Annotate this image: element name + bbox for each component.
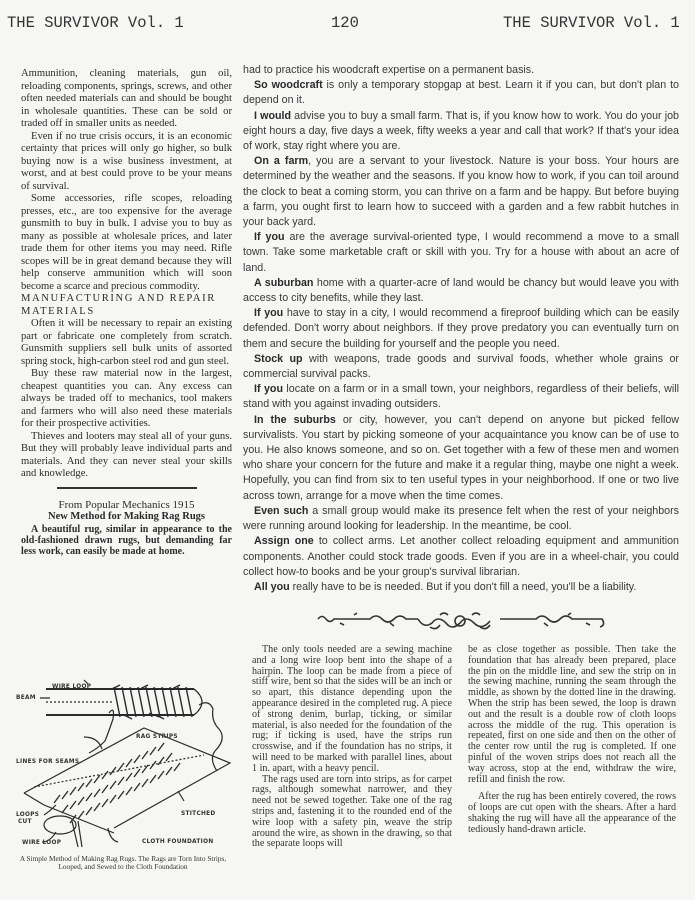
paragraph: In the suburbs or city, however, you can…	[243, 413, 679, 504]
paragraph-text: locate on a farm or in a small town, you…	[243, 383, 679, 410]
paragraph: I would advise you to buy a small farm. …	[243, 109, 679, 155]
running-header: THE SURVIVOR Vol. 1 120 THE SURVIVOR Vol…	[0, 14, 695, 34]
paragraph-text: , you are a servant to your livestock. N…	[243, 155, 679, 228]
lead-in: So woodcraft	[254, 79, 323, 91]
paragraph: So woodcraft is only a temporary stopgap…	[243, 78, 679, 108]
paragraph: After the rug has been entirely covered,…	[468, 792, 676, 835]
paragraph: be as close together as possible. Then t…	[468, 645, 676, 785]
lead-in: Assign one	[254, 535, 314, 547]
lead-in: If you	[254, 307, 283, 319]
label-wire-loop-top: WIRE LOOP	[52, 684, 91, 690]
section-heading: MANUFACTURING AND REPAIR MATERIALS	[21, 293, 232, 318]
paragraph-text: really have to be is needed. But if you …	[290, 581, 637, 593]
paragraph: All you really have to be is needed. But…	[243, 580, 679, 595]
paragraph: If you locate on a farm or in a small to…	[243, 382, 679, 412]
reprint-title: New Method for Making Rag Rugs	[21, 511, 232, 524]
reprint-intro: A beautiful rug, similar in appearance t…	[21, 524, 232, 557]
paragraph: Assign one to collect arms. Let another …	[243, 534, 679, 580]
lead-in: All you	[254, 581, 290, 593]
lead-in: In the suburbs	[254, 414, 336, 426]
lead-in: On a farm	[254, 155, 308, 167]
figure-caption: A Simple Method of Making Rag Rugs. The …	[14, 855, 232, 871]
page-number: 120	[331, 14, 359, 32]
paragraph: Even such a small group would make its p…	[243, 504, 679, 534]
reprint-column-b: be as close together as possible. Then t…	[468, 645, 676, 836]
paragraph-text: a small group would make its presence fe…	[243, 505, 679, 532]
paragraph: had to practice his woodcraft expertise …	[243, 63, 679, 78]
lead-in: I would	[254, 110, 291, 122]
paragraph: On a farm, you are a servant to your liv…	[243, 154, 679, 230]
label-loops: LOOPS	[16, 812, 39, 818]
divider-rule	[57, 487, 197, 489]
label-stitched: STITCHED	[181, 811, 216, 817]
header-title-right: THE SURVIVOR Vol. 1	[503, 14, 680, 32]
paragraph: Often it will be necessary to repair an …	[21, 318, 232, 368]
reprint-column-a: The only tools needed are a sewing machi…	[252, 645, 452, 850]
lead-in: If you	[254, 231, 285, 243]
paragraph-text: or city, however, you can't depend on an…	[243, 414, 679, 502]
label-lines-for-seams: LINES FOR SEAMS	[16, 759, 79, 765]
paragraph: If you are the average survival-oriented…	[243, 230, 679, 276]
paragraph: Ammunition, cleaning materials, gun oil,…	[21, 68, 232, 131]
paragraph: A suburban home with a quarter-acre of l…	[243, 276, 679, 306]
paragraph-text: advise you to buy a small farm. That is,…	[243, 110, 679, 152]
paragraph-text: have to stay in a city, I would recommen…	[243, 307, 679, 349]
paragraph: Some accessories, rifle scopes, reloadin…	[21, 193, 232, 293]
label-cut: CUT	[18, 819, 32, 825]
paragraph: Stock up with weapons, trade goods and s…	[243, 352, 679, 382]
paragraph-text: with weapons, trade goods and survival f…	[243, 353, 679, 380]
rag-rug-illustration: WIRE LOOP BEAM RAG STRIPS LINES FOR SEAM…	[14, 675, 232, 875]
lead-in: A suburban	[254, 277, 313, 289]
vine-ornament-icon	[310, 609, 610, 633]
right-column: had to practice his woodcraft expertise …	[243, 63, 679, 595]
label-beam: BEAM	[16, 695, 36, 701]
lead-in: Stock up	[254, 353, 303, 365]
paragraph: Buy these raw material now in the larges…	[21, 368, 232, 431]
paragraph-text: are the average survival-oriented type, …	[243, 231, 679, 273]
lead-in: Even such	[254, 505, 308, 517]
paragraph: Thieves and looters may steal all of you…	[21, 431, 232, 481]
label-cloth-foundation: CLOTH FOUNDATION	[142, 839, 213, 845]
reprint-source: From Popular Mechanics 1915	[21, 499, 232, 512]
paragraph: If you have to stay in a city, I would r…	[243, 306, 679, 352]
lead-in: If you	[254, 383, 283, 395]
paragraph: The rags used are torn into strips, as f…	[252, 775, 452, 851]
header-title-left: THE SURVIVOR Vol. 1	[7, 14, 184, 32]
label-rag-strips: RAG STRIPS	[136, 734, 178, 740]
paragraph: The only tools needed are a sewing machi…	[252, 645, 452, 775]
paragraph: Even if no true crisis occurs, it is an …	[21, 131, 232, 194]
label-wire-loop-bottom: WIRE LOOP	[22, 840, 61, 846]
paragraph-text: had to practice his woodcraft expertise …	[243, 64, 534, 76]
left-column: Ammunition, cleaning materials, gun oil,…	[21, 68, 232, 557]
